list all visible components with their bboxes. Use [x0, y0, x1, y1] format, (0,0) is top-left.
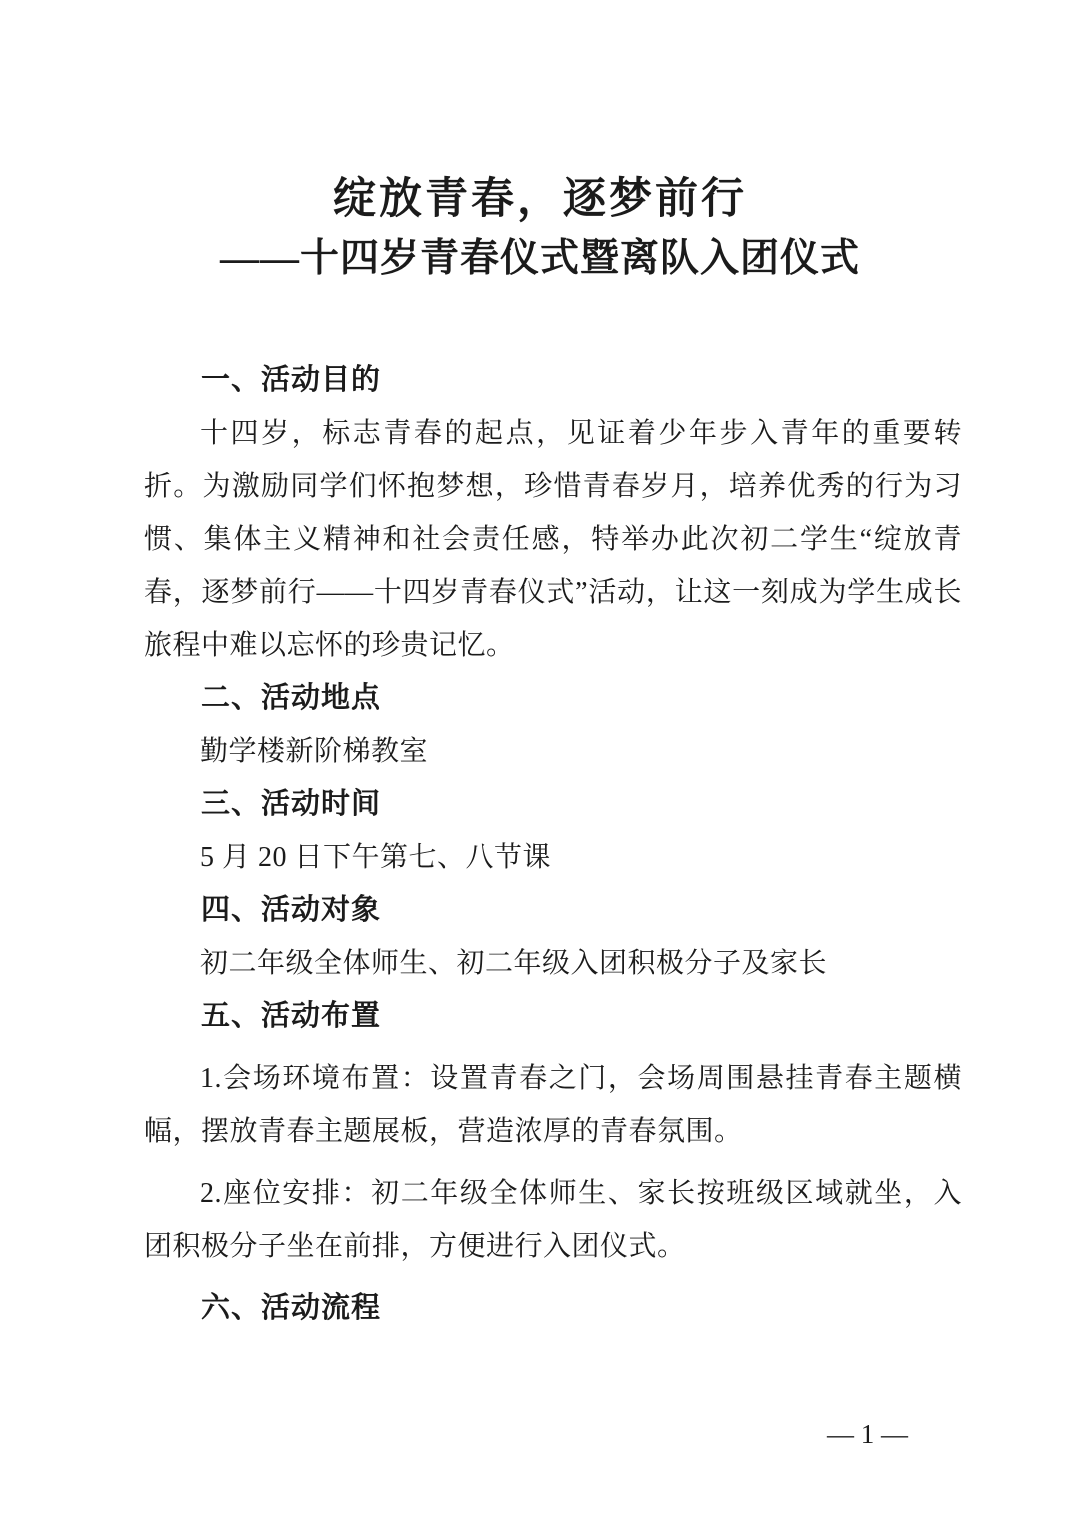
paragraph-time: 5 月 20 日下午第七、八节课: [144, 831, 962, 884]
document-subtitle: ——十四岁青春仪式暨离队入团仪式: [0, 230, 1080, 288]
section-heading-setup: 五、活动布置: [144, 990, 962, 1043]
document-body: 一、活动目的 十四岁，标志青春的起点，见证着少年步入青年的重要转折。为激励同学们…: [144, 354, 962, 1335]
paragraph-purpose: 十四岁，标志青春的起点，见证着少年步入青年的重要转折。为激励同学们怀抱梦想，珍惜…: [144, 407, 962, 672]
document-page: 绽放青春，逐梦前行 ——十四岁青春仪式暨离队入团仪式 一、活动目的 十四岁，标志…: [0, 0, 1080, 1527]
paragraph-setup-venue: 1.会场环境布置：设置青春之门，会场周围悬挂青春主题横幅，摆放青春主题展板，营造…: [144, 1052, 962, 1158]
section-heading-location: 二、活动地点: [144, 672, 962, 725]
section-heading-time: 三、活动时间: [144, 778, 962, 831]
paragraph-location: 勤学楼新阶梯教室: [144, 725, 962, 778]
section-heading-audience: 四、活动对象: [144, 884, 962, 937]
document-title: 绽放青春，逐梦前行: [0, 170, 1080, 230]
title-block: 绽放青春，逐梦前行 ——十四岁青春仪式暨离队入团仪式: [0, 0, 1080, 288]
paragraph-setup-seating: 2.座位安排：初二年级全体师生、家长按班级区域就坐，入团积极分子坐在前排，方便进…: [144, 1167, 962, 1273]
page-number: — 1 —: [827, 1418, 908, 1450]
section-heading-purpose: 一、活动目的: [144, 354, 962, 407]
paragraph-audience: 初二年级全体师生、初二年级入团积极分子及家长: [144, 937, 962, 990]
section-heading-procedure: 六、活动流程: [144, 1282, 962, 1335]
